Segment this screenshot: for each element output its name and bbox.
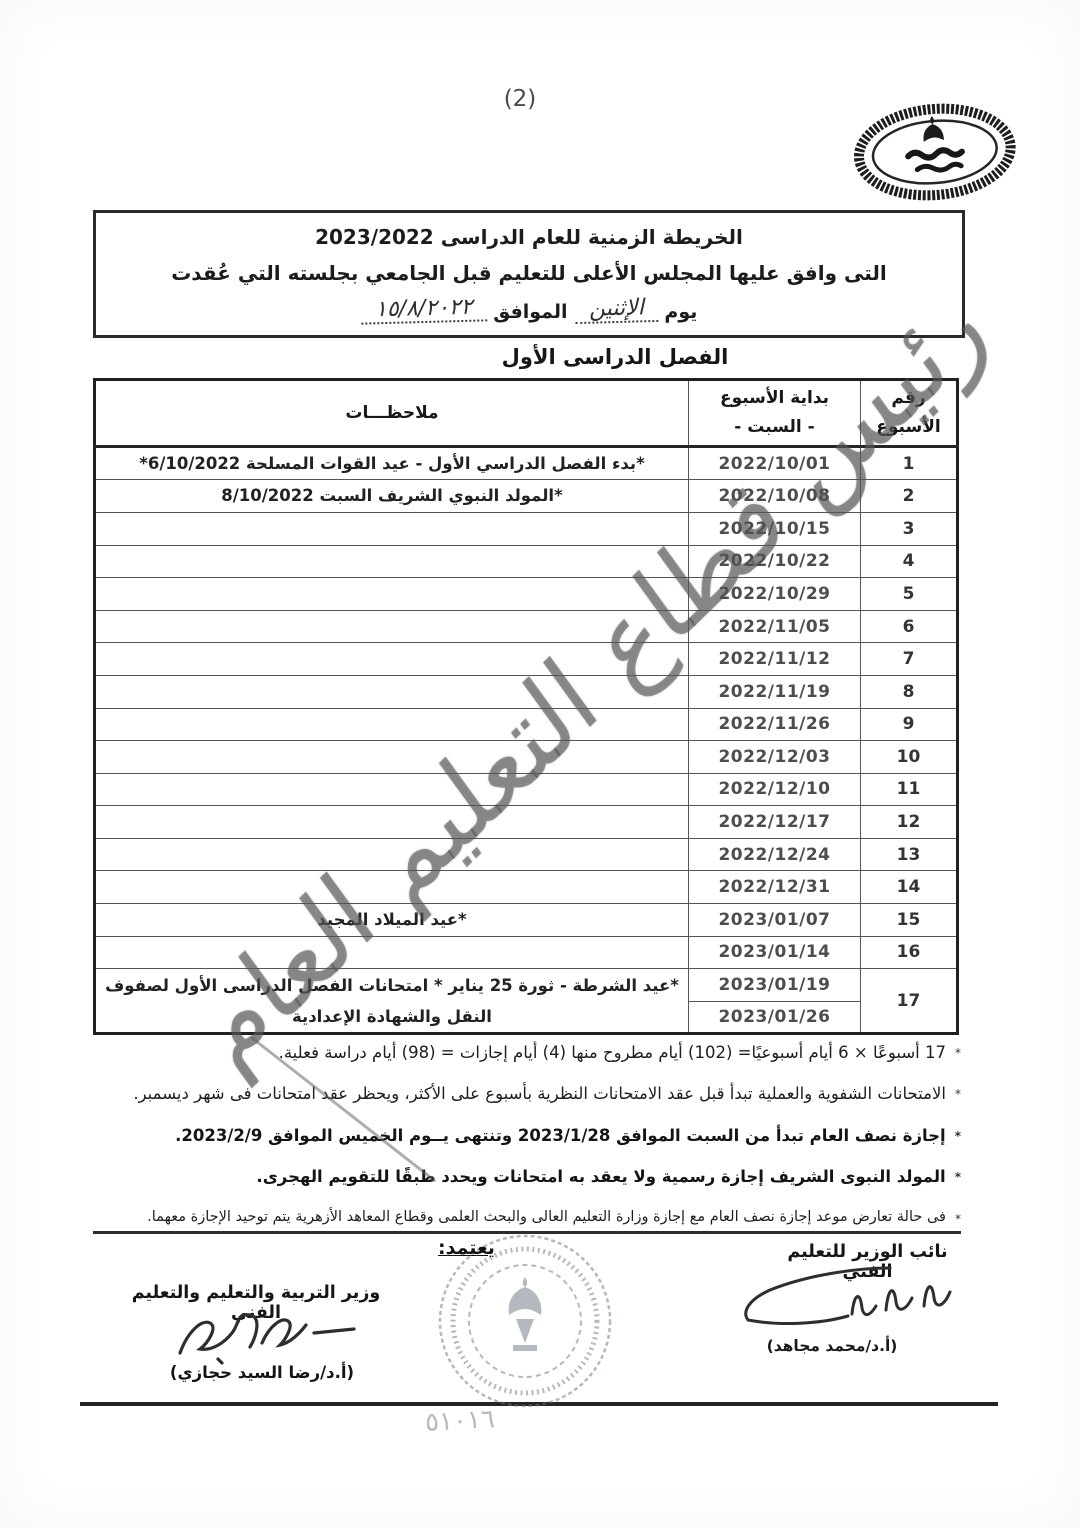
handwritten-reference-number: ٥١٠١٦ (424, 1404, 495, 1438)
table-row: 62022/11/05 (95, 610, 958, 643)
note-cell: *عيد الميلاد المجيد (95, 904, 689, 937)
page-number: (2) (440, 86, 600, 112)
week-start-date-cell: 2022/12/03 (689, 741, 861, 774)
section-title-first-semester: الفصل الدراسى الأول (295, 345, 935, 369)
note-cell (95, 643, 689, 676)
word-corresponding: الموافق (493, 301, 567, 323)
footnote-marker: * (955, 1166, 961, 1186)
note-cell (95, 610, 689, 643)
week-start-date-cell: 2022/12/31 (689, 871, 861, 904)
week-number-cell: 15 (861, 904, 958, 937)
week-number-cell: 7 (861, 643, 958, 676)
note-cell (95, 871, 689, 904)
handwritten-day: الإثنين (574, 296, 657, 324)
official-round-stamp-icon (412, 1233, 638, 1413)
handwritten-date: ١٥/٨/٢٠٢٢ (360, 295, 486, 324)
table-row: 152023/01/07*عيد الميلاد المجيد (95, 904, 958, 937)
week-number-cell: 14 (861, 871, 958, 904)
table-row: 72022/11/12 (95, 643, 958, 676)
header-week-number: رقم الأسبوع (861, 380, 958, 447)
week-start-date-cell: 2023/01/07 (689, 904, 861, 937)
footnote-line: *المولد النبوى الشريف إجازة رسمية ولا يع… (93, 1166, 961, 1187)
week-number-cell: 16 (861, 936, 958, 969)
week-start-date-cell: 2022/11/05 (689, 610, 861, 643)
minister-signature-icon (158, 1303, 374, 1369)
week-number-cell: 4 (861, 545, 958, 578)
table-row: 172023/01/19*عيد الشرطة - ثورة 25 يناير … (95, 969, 958, 1002)
table-row: 22022/10/08*المولد النبوي الشريف السبت 8… (95, 480, 958, 513)
note-cell: *عيد الشرطة - ثورة 25 يناير * امتحانات ا… (95, 969, 689, 1034)
week-number-cell: 12 (861, 806, 958, 839)
header-week-start-line1: بداية الأسبوع (689, 384, 860, 413)
session-date-line: يوم الإثنين الموافق ١٥/٨/٢٠٢٢ (361, 297, 698, 323)
table-row: 12022/10/01*بدء الفصل الدراسي الأول - عي… (95, 447, 958, 480)
week-number-cell: 3 (861, 512, 958, 545)
week-start-date-cell: 2022/11/12 (689, 643, 861, 676)
footnote-marker: * (955, 1125, 961, 1145)
header-week-start-line2: - السبت - (689, 413, 860, 442)
week-number-cell: 1 (861, 447, 958, 480)
week-number-cell: 5 (861, 578, 958, 611)
table-row: 162023/01/14 (95, 936, 958, 969)
header-week-start: بداية الأسبوع - السبت - (689, 380, 861, 447)
week-number-cell: 6 (861, 610, 958, 643)
note-cell (95, 708, 689, 741)
week-number-cell: 9 (861, 708, 958, 741)
week-start-date-cell: 2023/01/19 (689, 969, 861, 1002)
week-start-date-cell: 2023/01/14 (689, 936, 861, 969)
note-cell: *بدء الفصل الدراسي الأول - عيد القوات ال… (95, 447, 689, 480)
week-start-date-cell: 2022/10/01 (689, 447, 861, 480)
footnote-text: إجازة نصف العام تبدأ من السبت الموافق 20… (175, 1125, 946, 1146)
table-row: 42022/10/22 (95, 545, 958, 578)
document-title: الخريطة الزمنية للعام الدراسى 2023/2022 (315, 225, 743, 249)
calendar-table: رقم الأسبوع بداية الأسبوع - السبت - ملاح… (93, 378, 959, 1035)
footnote-line: *الامتحانات الشفوية والعملية تبدأ قبل عق… (93, 1083, 961, 1104)
table-row: 82022/11/19 (95, 675, 958, 708)
footnote-line: *إجازة نصف العام تبدأ من السبت الموافق 2… (93, 1125, 961, 1146)
deputy-minister-signature-icon (740, 1256, 980, 1346)
table-header-row: رقم الأسبوع بداية الأسبوع - السبت - ملاح… (95, 380, 958, 447)
footnote-marker: * (955, 1042, 961, 1062)
note-cell (95, 838, 689, 871)
table-row: 92022/11/26 (95, 708, 958, 741)
table-row: 132022/12/24 (95, 838, 958, 871)
week-start-date-cell: 2022/11/19 (689, 675, 861, 708)
document-subtitle: التى وافق عليها المجلس الأعلى للتعليم قب… (171, 261, 887, 285)
week-number-cell: 17 (861, 969, 958, 1034)
header-box: الخريطة الزمنية للعام الدراسى 2023/2022 … (93, 210, 965, 338)
footnote-line: *فى حالة تعارض موعد إجازة نصف العام مع إ… (93, 1208, 961, 1228)
note-cell (95, 806, 689, 839)
footnote-text: 17 أسبوعًا × 6 أيام أسبوعيًا= (102) أيام… (279, 1042, 946, 1063)
table-row: 112022/12/10 (95, 773, 958, 806)
table-row: 102022/12/03 (95, 741, 958, 774)
note-cell (95, 773, 689, 806)
note-cell (95, 578, 689, 611)
footnote-line: *17 أسبوعًا × 6 أيام أسبوعيًا= (102) أيا… (93, 1042, 961, 1063)
table-row: 52022/10/29 (95, 578, 958, 611)
week-start-date-cell: 2022/10/22 (689, 545, 861, 578)
table-row: 142022/12/31 (95, 871, 958, 904)
minister-name: (أ.د/رضا السيد حجازي) (138, 1363, 386, 1382)
note-cell (95, 936, 689, 969)
footnote-marker: * (955, 1208, 961, 1228)
word-day: يوم (664, 301, 697, 323)
week-start-date-cell: 2022/11/26 (689, 708, 861, 741)
note-cell: *المولد النبوي الشريف السبت 8/10/2022 (95, 480, 689, 513)
approved-label: يعتمد: (438, 1237, 495, 1259)
week-number-cell: 8 (861, 675, 958, 708)
header-notes: ملاحظـــات (95, 380, 689, 447)
deputy-minister-name: (أ.د/محمد مجاهد) (752, 1337, 912, 1355)
week-start-date-cell: 2022/12/17 (689, 806, 861, 839)
week-start-date-cell: 2022/10/15 (689, 512, 861, 545)
footnote-marker: * (955, 1083, 961, 1103)
week-start-date-cell: 2022/12/10 (689, 773, 861, 806)
week-number-cell: 11 (861, 773, 958, 806)
note-cell (95, 741, 689, 774)
note-cell (95, 545, 689, 578)
footnote-text: الامتحانات الشفوية والعملية تبدأ قبل عقد… (133, 1083, 946, 1104)
table-row: 32022/10/15 (95, 512, 958, 545)
scanned-document-page: (2) الخريطة الزمنية للعام الدراسى 2023/2… (0, 0, 1080, 1528)
week-start-date-cell: 2022/10/29 (689, 578, 861, 611)
week-start-date-cell: 2022/12/24 (689, 838, 861, 871)
header-week-number-line1: رقم (861, 384, 956, 413)
note-cell (95, 512, 689, 545)
header-week-number-line2: الأسبوع (861, 413, 956, 442)
footnote-text: فى حالة تعارض موعد إجازة نصف العام مع إج… (147, 1208, 946, 1227)
footnote-text: المولد النبوى الشريف إجازة رسمية ولا يعق… (256, 1166, 945, 1187)
ministry-of-education-emblem-icon (841, 90, 1028, 217)
week-number-cell: 13 (861, 838, 958, 871)
table-row: 122022/12/17 (95, 806, 958, 839)
week-start-date-cell: 2022/10/08 (689, 480, 861, 513)
footnotes-list: *17 أسبوعًا × 6 أيام أسبوعيًا= (102) أيا… (93, 1042, 961, 1227)
week-number-cell: 2 (861, 480, 958, 513)
week-number-cell: 10 (861, 741, 958, 774)
week-start-date-cell: 2023/01/26 (689, 1001, 861, 1034)
note-cell (95, 675, 689, 708)
